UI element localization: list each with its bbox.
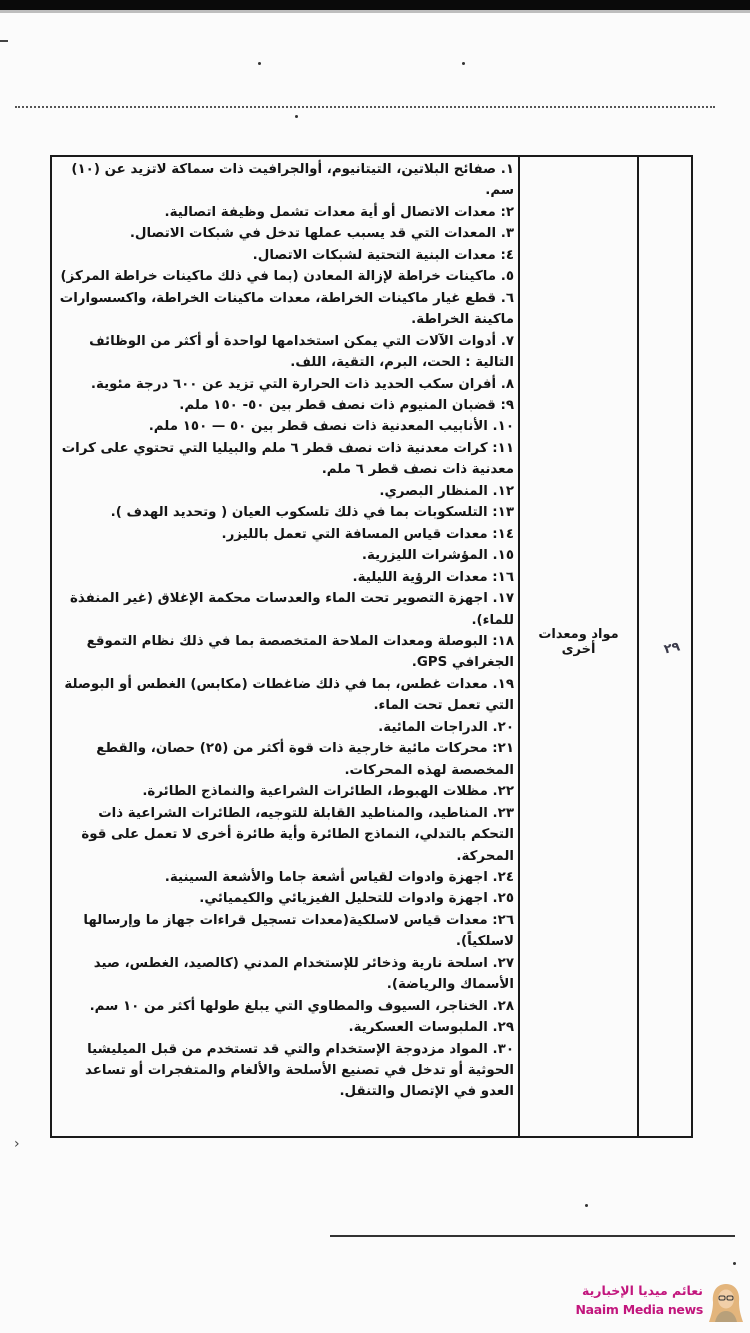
list-item: ٤: معدات البنية التحتية لشبكات الاتصال. [56, 245, 514, 266]
column-divider [637, 157, 639, 1136]
list-item: ٢٥. اجهزة وادوات للتحليل الفيزيائي والكي… [56, 888, 514, 909]
list-item: ١٣: التلسكوبات بما في ذلك تلسكوب العيان … [56, 502, 514, 523]
list-item: ٢٠. الدراجات المائية. [56, 717, 514, 738]
avatar-icon [707, 1282, 745, 1322]
list-item: ٦. قطع غيار ماكينات الخراطة، معدات ماكين… [56, 288, 514, 331]
list-item: ٢٣. المناطيد، والمناطيد القابلة للتوجيه،… [56, 803, 514, 867]
top-bar-edge [0, 10, 750, 13]
column-divider [518, 157, 520, 1136]
list-item: ٨. أفران سكب الحديد ذات الحرارة التي تزي… [56, 374, 514, 395]
list-item: ١٦: معدات الرؤية الليلية. [56, 567, 514, 588]
list-item: ٢٨. الخناجر، السيوف والمطاوي التي يبلغ ط… [56, 996, 514, 1017]
list-item: ٣. المعدات التي قد يسبب عملها تدخل في شب… [56, 223, 514, 244]
scan-speck [585, 1204, 588, 1207]
watermark-english-text: Naaim Media news [576, 1302, 704, 1317]
list-item: ١٧. اجهزة التصوير تحت الماء والعدسات محك… [56, 588, 514, 631]
items-list-cell: ١. صفائح البلاتين، التيتانيوم، أوالجرافي… [56, 159, 514, 1136]
row-number-cell: ٢٩ [656, 638, 688, 659]
page-edge-mark [0, 40, 8, 42]
list-item: ١٤: معدات قياس المسافة التي تعمل بالليزر… [56, 524, 514, 545]
list-item: ١٠. الأنابيب المعدنية ذات نصف قطر بين ٥٠… [56, 416, 514, 437]
footer-rule [330, 1235, 735, 1237]
list-item: ١٨: البوصلة ومعدات الملاحة المتخصصة بما … [56, 631, 514, 674]
list-item: ٢٤. اجهزة وادوات لقياس أشعة جاما والأشعة… [56, 867, 514, 888]
list-item: ١٩. معدات غطس، بما في ذلك ضاغطات (مكابس)… [56, 674, 514, 717]
margin-mark: › [14, 1136, 20, 1152]
list-item: ٢٧. اسلحة نارية وذخائر للإستخدام المدني … [56, 953, 514, 996]
category-cell: مواد ومعدات أخرى [522, 627, 635, 657]
list-item: ٧. أدوات الآلات التي يمكن استخدامها لواح… [56, 331, 514, 374]
scan-speck [462, 62, 465, 65]
watermark-logo: نعائم ميديا الإخبارية Naaim Media news [592, 1282, 747, 1322]
header-dotted-line [15, 106, 715, 108]
list-item: ٢١: محركات مائية خارجية ذات قوة أكثر من … [56, 738, 514, 781]
list-item: ٢٢. مظلات الهبوط، الطائرات الشراعية والن… [56, 781, 514, 802]
list-item: ٩: قضبان المنيوم ذات نصف قطر بين ٥٠- ١٥٠… [56, 395, 514, 416]
list-item: ٢: معدات الاتصال أو أية معدات تشمل وظيفة… [56, 202, 514, 223]
list-item: ٢٩. الملبوسات العسكرية. [56, 1017, 514, 1038]
scan-speck [258, 62, 261, 65]
top-dark-bar [0, 0, 750, 10]
list-item: ١. صفائح البلاتين، التيتانيوم، أوالجرافي… [56, 159, 514, 202]
scan-speck [733, 1262, 736, 1265]
list-item: ٢٦: معدات قياس لاسلكية(معدات تسجيل قراءا… [56, 910, 514, 953]
list-item: ١٥. المؤشرات الليزرية. [56, 545, 514, 566]
list-item: ٥. ماكينات خراطة لإزالة المعادن (بما في … [56, 266, 514, 287]
list-item: ١١: كرات معدنية ذات نصف قطر ٦ ملم والبيل… [56, 438, 514, 481]
items-table: ١. صفائح البلاتين، التيتانيوم، أوالجرافي… [50, 155, 693, 1138]
watermark-arabic-text: نعائم ميديا الإخبارية [582, 1283, 703, 1298]
scan-speck [295, 115, 298, 118]
list-item: ٣٠. المواد مزدوجة الإستخدام والتي قد تست… [56, 1039, 514, 1103]
list-item: ١٢. المنظار البصري. [56, 481, 514, 502]
